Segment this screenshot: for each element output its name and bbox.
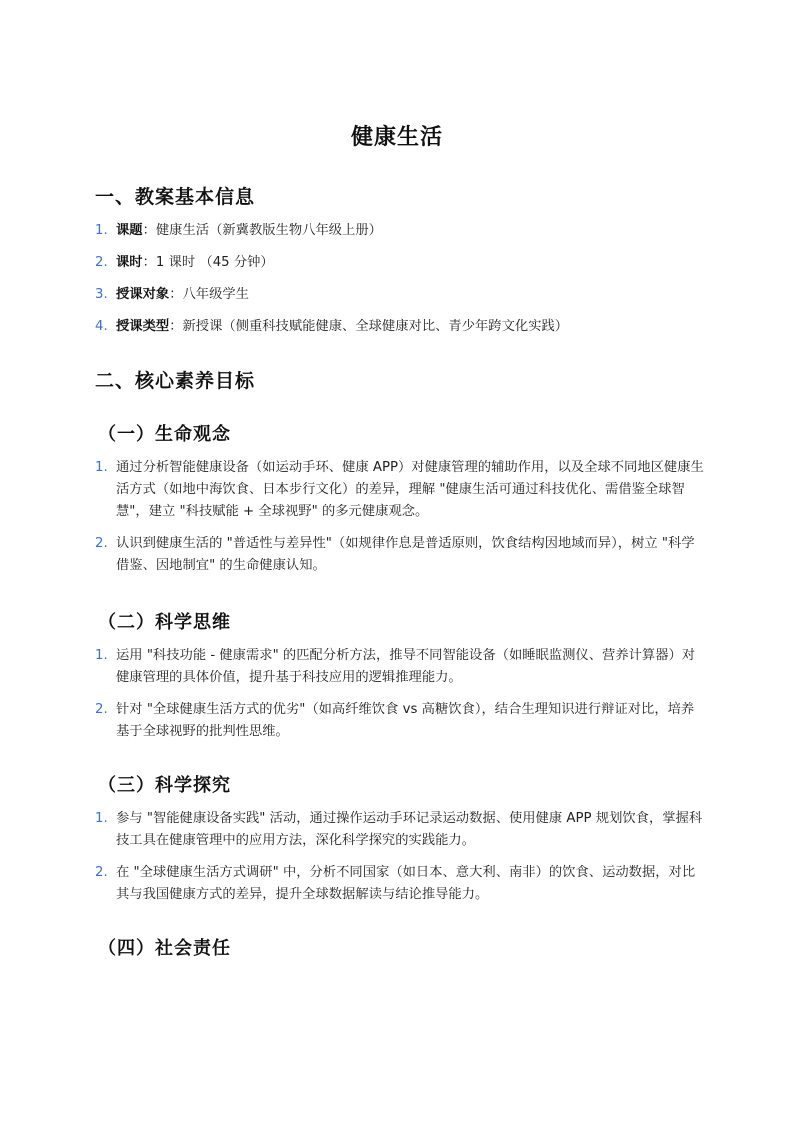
list-item: 2.课时：1 课时 （45 分钟） bbox=[95, 252, 705, 274]
list-item: 1.通过分析智能健康设备（如运动手环、健康 APP）对健康管理的辅助作用，以及全… bbox=[95, 457, 705, 523]
list-item: 1.运用 "科技功能 - 健康需求" 的匹配分析方法，推导不同智能设备（如睡眠监… bbox=[95, 645, 705, 689]
list-item: 2.在 "全球健康生活方式调研" 中，分析不同国家（如日本、意大利、南非）的饮食… bbox=[95, 862, 705, 906]
item-text: 运用 "科技功能 - 健康需求" 的匹配分析方法，推导不同智能设备（如睡眠监测仪… bbox=[116, 648, 695, 685]
field-value: 八年级学生 bbox=[182, 287, 248, 302]
field-separator: ： bbox=[169, 319, 182, 334]
item-text: 通过分析智能健康设备（如运动手环、健康 APP）对健康管理的辅助作用，以及全球不… bbox=[116, 460, 704, 519]
scientific-inquiry-list: 1.参与 "智能健康设备实践" 活动，通过操作运动手环记录运动数据、使用健康 A… bbox=[95, 808, 705, 906]
list-number: 2. bbox=[95, 862, 108, 884]
list-number: 2. bbox=[95, 699, 108, 721]
section-heading-basic-info: 一、教案基本信息 bbox=[95, 182, 255, 209]
field-value: 新授课（侧重科技赋能健康、全球健康对比、青少年跨文化实践） bbox=[182, 319, 568, 334]
list-number: 2. bbox=[95, 533, 108, 555]
field-label: 授课类型 bbox=[116, 319, 169, 334]
item-text: 在 "全球健康生活方式调研" 中，分析不同国家（如日本、意大利、南非）的饮食、运… bbox=[116, 865, 695, 902]
field-separator: ： bbox=[143, 223, 156, 238]
basic-info-list: 1.课题：健康生活（新冀教版生物八年级上册） 2.课时：1 课时 （45 分钟）… bbox=[95, 220, 705, 338]
list-number: 1. bbox=[95, 808, 108, 830]
list-number: 1. bbox=[95, 220, 108, 242]
list-number: 3. bbox=[95, 284, 108, 306]
list-item: 2.认识到健康生活的 "普适性与差异性"（如规律作息是普适原则，饮食结构因地域而… bbox=[95, 533, 705, 577]
document-page: 健康生活 一、教案基本信息 1.课题：健康生活（新冀教版生物八年级上册） 2.课… bbox=[0, 0, 794, 1123]
list-number: 1. bbox=[95, 457, 108, 479]
subsection-heading-scientific-thinking: （二）科学思维 bbox=[98, 608, 231, 634]
subsection-heading-life-concept: （一）生命观念 bbox=[98, 420, 231, 446]
subsection-heading-social-responsibility: （四）社会责任 bbox=[98, 934, 231, 960]
item-text: 参与 "智能健康设备实践" 活动，通过操作运动手环记录运动数据、使用健康 APP… bbox=[116, 811, 702, 848]
scientific-thinking-list: 1.运用 "科技功能 - 健康需求" 的匹配分析方法，推导不同智能设备（如睡眠监… bbox=[95, 645, 705, 743]
field-value: 1 课时 （45 分钟） bbox=[156, 255, 274, 270]
item-text: 认识到健康生活的 "普适性与差异性"（如规律作息是普适原则，饮食结构因地域而异）… bbox=[116, 536, 695, 573]
list-item: 3.授课对象：八年级学生 bbox=[95, 284, 705, 306]
list-item: 1.参与 "智能健康设备实践" 活动，通过操作运动手环记录运动数据、使用健康 A… bbox=[95, 808, 705, 852]
section-heading-core-goals: 二、核心素养目标 bbox=[95, 366, 255, 393]
document-title: 健康生活 bbox=[0, 120, 794, 151]
field-separator: ： bbox=[143, 255, 156, 270]
field-label: 授课对象 bbox=[116, 287, 169, 302]
item-text: 针对 "全球健康生活方式的优劣"（如高纤维饮食 vs 高糖饮食），结合生理知识进… bbox=[116, 702, 694, 739]
subsection-heading-scientific-inquiry: （三）科学探究 bbox=[98, 771, 231, 797]
field-separator: ： bbox=[169, 287, 182, 302]
field-label: 课时 bbox=[116, 255, 143, 270]
list-item: 4.授课类型：新授课（侧重科技赋能健康、全球健康对比、青少年跨文化实践） bbox=[95, 316, 705, 338]
field-value: 健康生活（新冀教版生物八年级上册） bbox=[156, 223, 382, 238]
field-label: 课题 bbox=[116, 223, 143, 238]
list-item: 1.课题：健康生活（新冀教版生物八年级上册） bbox=[95, 220, 705, 242]
list-number: 4. bbox=[95, 316, 108, 338]
list-number: 2. bbox=[95, 252, 108, 274]
list-number: 1. bbox=[95, 645, 108, 667]
list-item: 2.针对 "全球健康生活方式的优劣"（如高纤维饮食 vs 高糖饮食），结合生理知… bbox=[95, 699, 705, 743]
life-concept-list: 1.通过分析智能健康设备（如运动手环、健康 APP）对健康管理的辅助作用，以及全… bbox=[95, 457, 705, 577]
